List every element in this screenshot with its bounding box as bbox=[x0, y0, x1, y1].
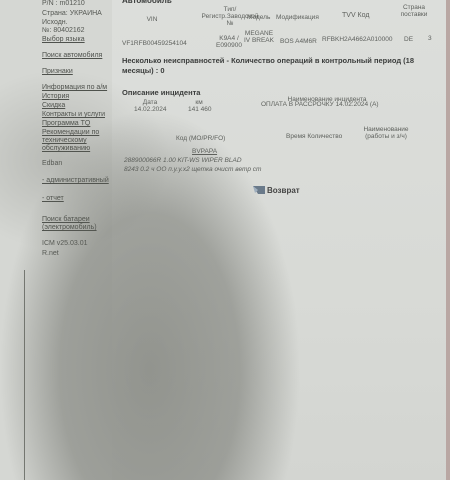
document-page: P/N : m01210 Страна: УКРАИНА Исходн. №: … bbox=[0, 0, 446, 480]
model-value: MEGANE IV BREAK bbox=[244, 30, 274, 44]
country-value: DE bbox=[404, 36, 413, 43]
sidebar: P/N : m01210 Страна: УКРАИНА Исходн. №: … bbox=[0, 0, 112, 480]
sidebar-item-edban: Edban bbox=[42, 160, 62, 168]
op-line: 8243 0.2 ч OO п.у.у.х2 щетка очист ветр … bbox=[124, 166, 261, 173]
sidebar-item-vehicle-info[interactable]: Информация по а/м bbox=[42, 84, 107, 92]
faults-summary: Несколько неисправностей - Количество оп… bbox=[122, 56, 422, 76]
back-button[interactable]: Возврат bbox=[252, 185, 300, 195]
col-tvv: TVV Код bbox=[342, 12, 369, 19]
op-group[interactable]: BVPAPA bbox=[192, 148, 217, 155]
tvv-value: RFBKH2A4662A010000 bbox=[322, 36, 392, 43]
back-arrow-icon bbox=[252, 185, 266, 195]
incident-title: Описание инцидента bbox=[122, 88, 200, 98]
back-label: Возврат bbox=[267, 186, 300, 195]
modification-value: BOS A4M6R bbox=[280, 38, 317, 45]
sidebar-item-tq-program[interactable]: Программа TQ bbox=[42, 120, 90, 128]
country-extra: 3 bbox=[428, 35, 432, 42]
incident-date: 14.02.2024 bbox=[134, 106, 167, 113]
col-km: км bbox=[184, 99, 214, 106]
sidebar-item-vehicle-search[interactable]: Поиск автомобиля bbox=[42, 52, 102, 60]
col-op-code: Код (MO/PR/FO) bbox=[176, 135, 225, 142]
col-modification: Модификация bbox=[276, 14, 319, 21]
col-date: Дата bbox=[132, 99, 168, 106]
country-label: Страна: УКРАИНА bbox=[42, 10, 102, 18]
vin-value: VF1RFB00459254104 bbox=[122, 40, 187, 47]
source-label: Исходн. bbox=[42, 19, 68, 27]
col-vin: VIN bbox=[112, 16, 192, 23]
version-label: ICM v25.03.01 bbox=[42, 240, 88, 248]
sidebar-item-language[interactable]: Выбор языка bbox=[42, 36, 85, 44]
col-model: Модель bbox=[247, 14, 270, 21]
sidebar-item-battery-search[interactable]: Поиск батареи (электромобиль) bbox=[42, 216, 102, 232]
sidebar-item-history[interactable]: История bbox=[42, 93, 69, 101]
divider bbox=[24, 270, 25, 480]
incident-km: 141 460 bbox=[188, 106, 212, 113]
col-time-qty: Время Количество bbox=[286, 133, 342, 140]
op-line: 288900066R 1.00 KIT-WS WIPER BLAD bbox=[124, 157, 242, 164]
col-country: Страна поставки bbox=[394, 4, 434, 18]
pin-label: P/N : m01210 bbox=[42, 0, 85, 8]
col-op-name: Наименование (работы и з/ч) bbox=[356, 126, 416, 140]
sidebar-item-maintenance[interactable]: Рекомендации по техническому обслуживани… bbox=[42, 129, 104, 153]
sidebar-item-discount[interactable]: Скидка bbox=[42, 102, 65, 110]
type-reg-value: K9A4 / E090900 bbox=[214, 35, 244, 49]
sidebar-item-signs[interactable]: Признаки bbox=[42, 68, 73, 76]
footer-label: R.net bbox=[42, 250, 59, 258]
incident-name: ОПЛАТА В РАССРОЧКУ 14.02.2024 (A) bbox=[261, 101, 379, 108]
source-number: №: 80402162 bbox=[42, 27, 85, 35]
sidebar-item-contracts[interactable]: Контракты и услуги bbox=[42, 111, 105, 119]
sidebar-item-admin[interactable]: - административный bbox=[42, 177, 109, 185]
vehicle-title: Автомобиль bbox=[122, 0, 172, 6]
paper-edge bbox=[446, 0, 450, 480]
main-content: Автомобиль VIN Тип/ Регистр.Заводской № … bbox=[112, 0, 446, 480]
sidebar-item-report[interactable]: - отчет bbox=[42, 195, 64, 203]
